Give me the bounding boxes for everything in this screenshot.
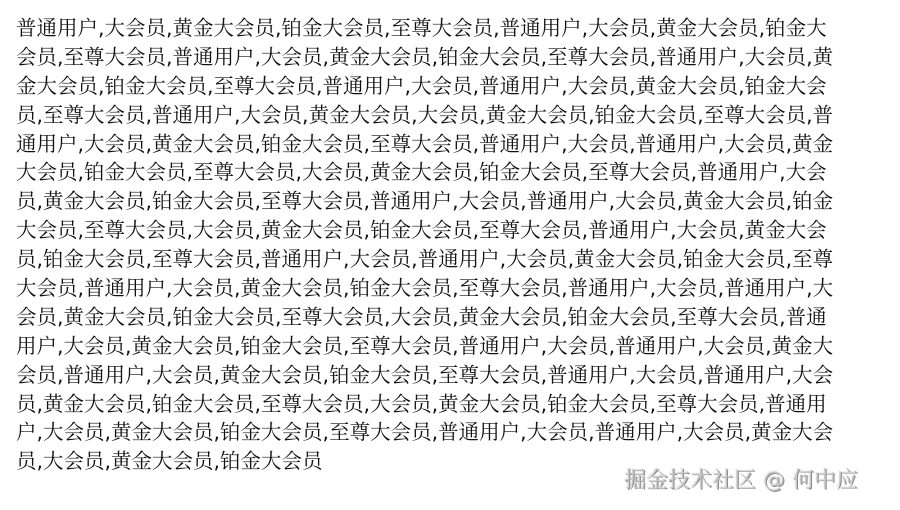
text-line: 户,大会员,黄金大会员,铂金大会员,至尊大会员,普通用户,大会员,普通用户,大会… <box>16 418 896 447</box>
text-line: 员,至尊大会员,普通用户,大会员,黄金大会员,大会员,黄金大会员,铂金大会员,至… <box>16 101 896 130</box>
text-line: 会员,黄金大会员,铂金大会员,至尊大会员,大会员,黄金大会员,铂金大会员,至尊大… <box>16 303 896 332</box>
text-line: 会员,至尊大会员,普通用户,大会员,黄金大会员,铂金大会员,至尊大会员,普通用户… <box>16 43 896 72</box>
text-line: 金大会员,铂金大会员,至尊大会员,普通用户,大会员,普通用户,大会员,黄金大会员… <box>16 72 896 101</box>
text-line: 大会员,普通用户,大会员,黄金大会员,铂金大会员,至尊大会员,普通用户,大会员,… <box>16 274 896 303</box>
document-text-body: 普通用户,大会员,黄金大会员,铂金大会员,至尊大会员,普通用户,大会员,黄金大会… <box>16 14 896 476</box>
text-line: 用户,大会员,黄金大会员,铂金大会员,至尊大会员,普通用户,大会员,普通用户,大… <box>16 332 896 361</box>
text-line: 员,黄金大会员,铂金大会员,至尊大会员,普通用户,大会员,普通用户,大会员,黄金… <box>16 187 896 216</box>
text-line: 员,铂金大会员,至尊大会员,普通用户,大会员,普通用户,大会员,黄金大会员,铂金… <box>16 245 896 274</box>
text-line: 普通用户,大会员,黄金大会员,铂金大会员,至尊大会员,普通用户,大会员,黄金大会… <box>16 14 896 43</box>
text-line: 大会员,铂金大会员,至尊大会员,大会员,黄金大会员,铂金大会员,至尊大会员,普通… <box>16 158 896 187</box>
text-line: 会员,普通用户,大会员,黄金大会员,铂金大会员,至尊大会员,普通用户,大会员,普… <box>16 361 896 390</box>
text-line: 大会员,至尊大会员,大会员,黄金大会员,铂金大会员,至尊大会员,普通用户,大会员… <box>16 216 896 245</box>
watermark: 掘金技术社区 @ 何中应 <box>624 466 858 496</box>
text-line: 员,黄金大会员,铂金大会员,至尊大会员,大会员,黄金大会员,铂金大会员,至尊大会… <box>16 390 896 419</box>
text-line: 通用户,大会员,黄金大会员,铂金大会员,至尊大会员,普通用户,大会员,普通用户,… <box>16 130 896 159</box>
